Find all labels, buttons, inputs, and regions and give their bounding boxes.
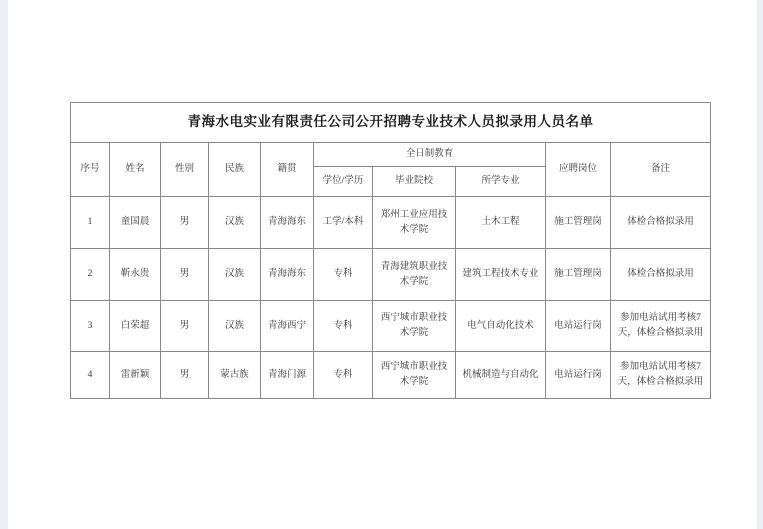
cell-gender: 男: [161, 301, 209, 352]
col-header-position: 应聘岗位: [546, 143, 611, 197]
cell-major: 建筑工程技术专业: [456, 249, 546, 301]
cell-no: 3: [71, 301, 110, 352]
cell-ethnicity: 汉族: [209, 249, 261, 301]
cell-gender: 男: [161, 352, 209, 399]
cell-hometown: 青海门源: [261, 352, 314, 399]
cell-major: 电气自动化技术: [456, 301, 546, 352]
col-header-name: 姓名: [110, 143, 161, 197]
table-row: 2 靳永贵 男 汉族 青海海东 专科 青海建筑职业技术学院 建筑工程技术专业 施…: [71, 249, 711, 301]
col-header-fulltime-education: 全日制教育: [314, 143, 546, 167]
col-header-major: 所学专业: [456, 167, 546, 197]
cell-ethnicity: 蒙古族: [209, 352, 261, 399]
cell-name: 雷新颖: [110, 352, 161, 399]
cell-remark: 参加电站试用考核7天，体检合格拟录用: [611, 352, 711, 399]
col-header-ethnicity: 民族: [209, 143, 261, 197]
cell-name: 白荣超: [110, 301, 161, 352]
col-header-degree: 学位/学历: [314, 167, 373, 197]
col-header-remark: 备注: [611, 143, 711, 197]
cell-major: 土木工程: [456, 197, 546, 249]
col-header-hometown: 籍贯: [261, 143, 314, 197]
col-header-school: 毕业院校: [373, 167, 456, 197]
cell-hometown: 青海海东: [261, 249, 314, 301]
cell-no: 1: [71, 197, 110, 249]
table-row: 3 白荣超 男 汉族 青海西宁 专科 西宁城市职业技术学院 电气自动化技术 电站…: [71, 301, 711, 352]
left-gutter: [0, 0, 8, 529]
cell-gender: 男: [161, 249, 209, 301]
header-row-top: 序号 姓名 性别 民族 籍贯 全日制教育 应聘岗位 备注: [71, 143, 711, 167]
cell-school: 西宁城市职业技术学院: [373, 352, 456, 399]
cell-degree: 专科: [314, 352, 373, 399]
cell-degree: 专科: [314, 301, 373, 352]
cell-name: 童国晨: [110, 197, 161, 249]
cell-school: 西宁城市职业技术学院: [373, 301, 456, 352]
cell-gender: 男: [161, 197, 209, 249]
cell-degree: 专科: [314, 249, 373, 301]
cell-school: 青海建筑职业技术学院: [373, 249, 456, 301]
col-header-gender: 性别: [161, 143, 209, 197]
cell-position: 施工管理岗: [546, 197, 611, 249]
cell-position: 电站运行岗: [546, 352, 611, 399]
cell-school: 郑州工业应用技术学院: [373, 197, 456, 249]
col-header-no: 序号: [71, 143, 110, 197]
cell-no: 2: [71, 249, 110, 301]
table-title: 青海水电实业有限责任公司公开招聘专业技术人员拟录用人员名单: [71, 103, 711, 143]
cell-position: 电站运行岗: [546, 301, 611, 352]
recruitment-table: 青海水电实业有限责任公司公开招聘专业技术人员拟录用人员名单 序号 姓名 性别 民…: [70, 102, 711, 399]
cell-remark: 参加电站试用考核7天，体检合格拟录用: [611, 301, 711, 352]
cell-major: 机械制造与自动化: [456, 352, 546, 399]
cell-ethnicity: 汉族: [209, 301, 261, 352]
cell-remark: 体检合格拟录用: [611, 197, 711, 249]
right-gutter: [757, 0, 763, 529]
cell-no: 4: [71, 352, 110, 399]
cell-hometown: 青海西宁: [261, 301, 314, 352]
table-row: 1 童国晨 男 汉族 青海海东 工学/本科 郑州工业应用技术学院 土木工程 施工…: [71, 197, 711, 249]
cell-hometown: 青海海东: [261, 197, 314, 249]
cell-position: 施工管理岗: [546, 249, 611, 301]
table-row: 4 雷新颖 男 蒙古族 青海门源 专科 西宁城市职业技术学院 机械制造与自动化 …: [71, 352, 711, 399]
document-page: 青海水电实业有限责任公司公开招聘专业技术人员拟录用人员名单 序号 姓名 性别 民…: [0, 0, 763, 529]
cell-ethnicity: 汉族: [209, 197, 261, 249]
table-title-row: 青海水电实业有限责任公司公开招聘专业技术人员拟录用人员名单: [71, 103, 711, 143]
cell-name: 靳永贵: [110, 249, 161, 301]
cell-remark: 体检合格拟录用: [611, 249, 711, 301]
cell-degree: 工学/本科: [314, 197, 373, 249]
